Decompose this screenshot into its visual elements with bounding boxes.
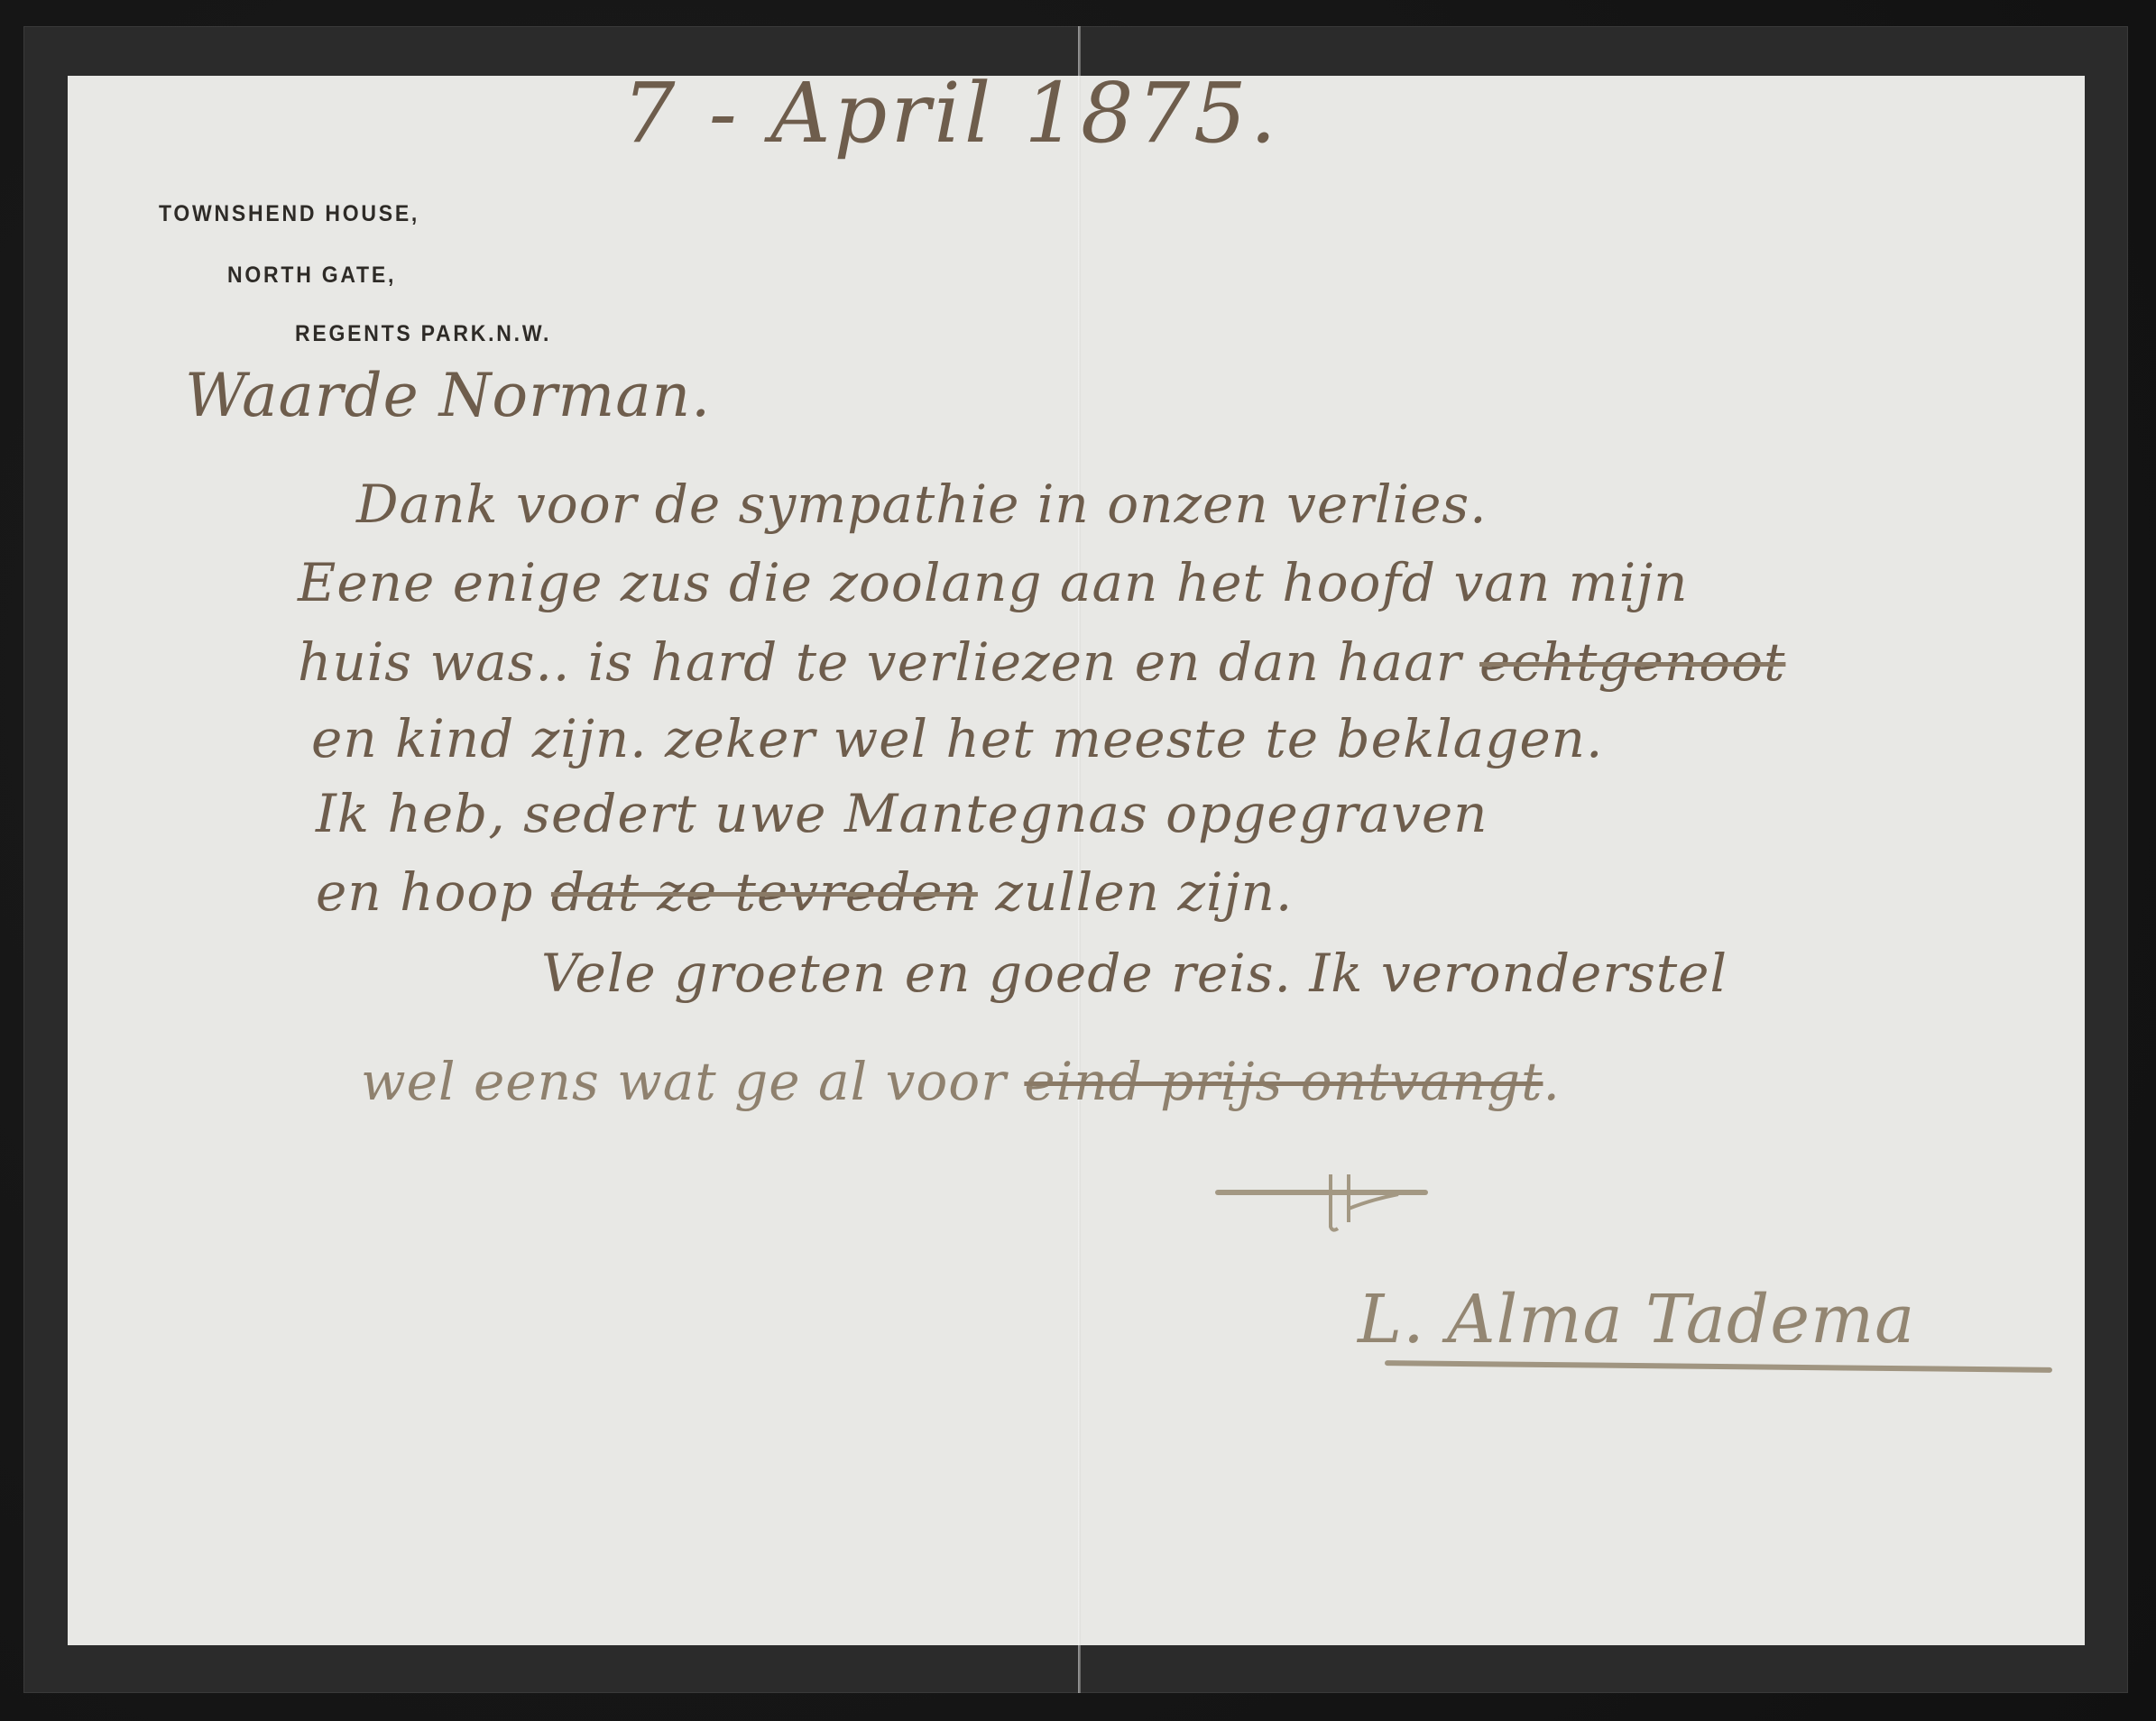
- struck-text: dat ze tevreden: [551, 861, 978, 923]
- body-text: .: [1543, 1051, 1560, 1112]
- body-text: Ik heb, sedert uwe Mantegnas opgegraven: [316, 783, 1488, 844]
- body-text: Eene enige zus die zoolang aan het hoofd…: [298, 552, 1689, 613]
- body-line-8: wel eens wat ge al voor eind prijs ontva…: [361, 1051, 1561, 1112]
- body-line-6: en hoop dat ze tevreden zullen zijn.: [316, 861, 1293, 923]
- body-line-4: en kind zijn. zeker wel het meeste te be…: [311, 708, 1603, 769]
- body-text: en kind zijn. zeker wel het meeste te be…: [311, 708, 1603, 769]
- letterhead-line-1: TOWNSHEND HOUSE,: [159, 201, 419, 227]
- body-text: wel eens wat ge al voor: [361, 1051, 1024, 1112]
- signature: L. Alma Tadema: [1358, 1281, 1915, 1358]
- body-text: en hoop: [316, 861, 551, 923]
- body-text: huis was.. is hard te verliezen en dan h…: [298, 631, 1479, 693]
- body-line-7: Vele groeten en goede reis. Ik veronders…: [541, 943, 1728, 1004]
- struck-text: echtgenoot: [1479, 631, 1785, 693]
- body-line-5: Ik heb, sedert uwe Mantegnas opgegraven: [316, 783, 1488, 844]
- body-line-2: Eene enige zus die zoolang aan het hoofd…: [298, 552, 1689, 613]
- letterhead-line-2: NORTH GATE,: [227, 262, 396, 289]
- body-line-1: Dank voor de sympathie in onzen verlies.: [356, 474, 1488, 535]
- struck-text: eind prijs ontvangt: [1024, 1051, 1543, 1112]
- letter-paper: [68, 76, 2085, 1645]
- body-line-3: huis was.. is hard te verliezen en dan h…: [298, 631, 1785, 693]
- letter-date: 7 - April 1875.: [622, 65, 1280, 161]
- closing-mark-icon: [1213, 1173, 1434, 1236]
- body-text: Dank voor de sympathie in onzen verlies.: [356, 474, 1488, 535]
- salutation: Waarde Norman.: [185, 361, 711, 430]
- body-text: zullen zijn.: [978, 861, 1293, 923]
- letterhead-line-3: REGENTS PARK.N.W.: [295, 321, 551, 347]
- body-text: Vele groeten en goede reis. Ik veronders…: [541, 943, 1728, 1004]
- closing-mark-text: t.t.: [1245, 1146, 1246, 1146]
- fold-crease: [1078, 26, 1081, 1693]
